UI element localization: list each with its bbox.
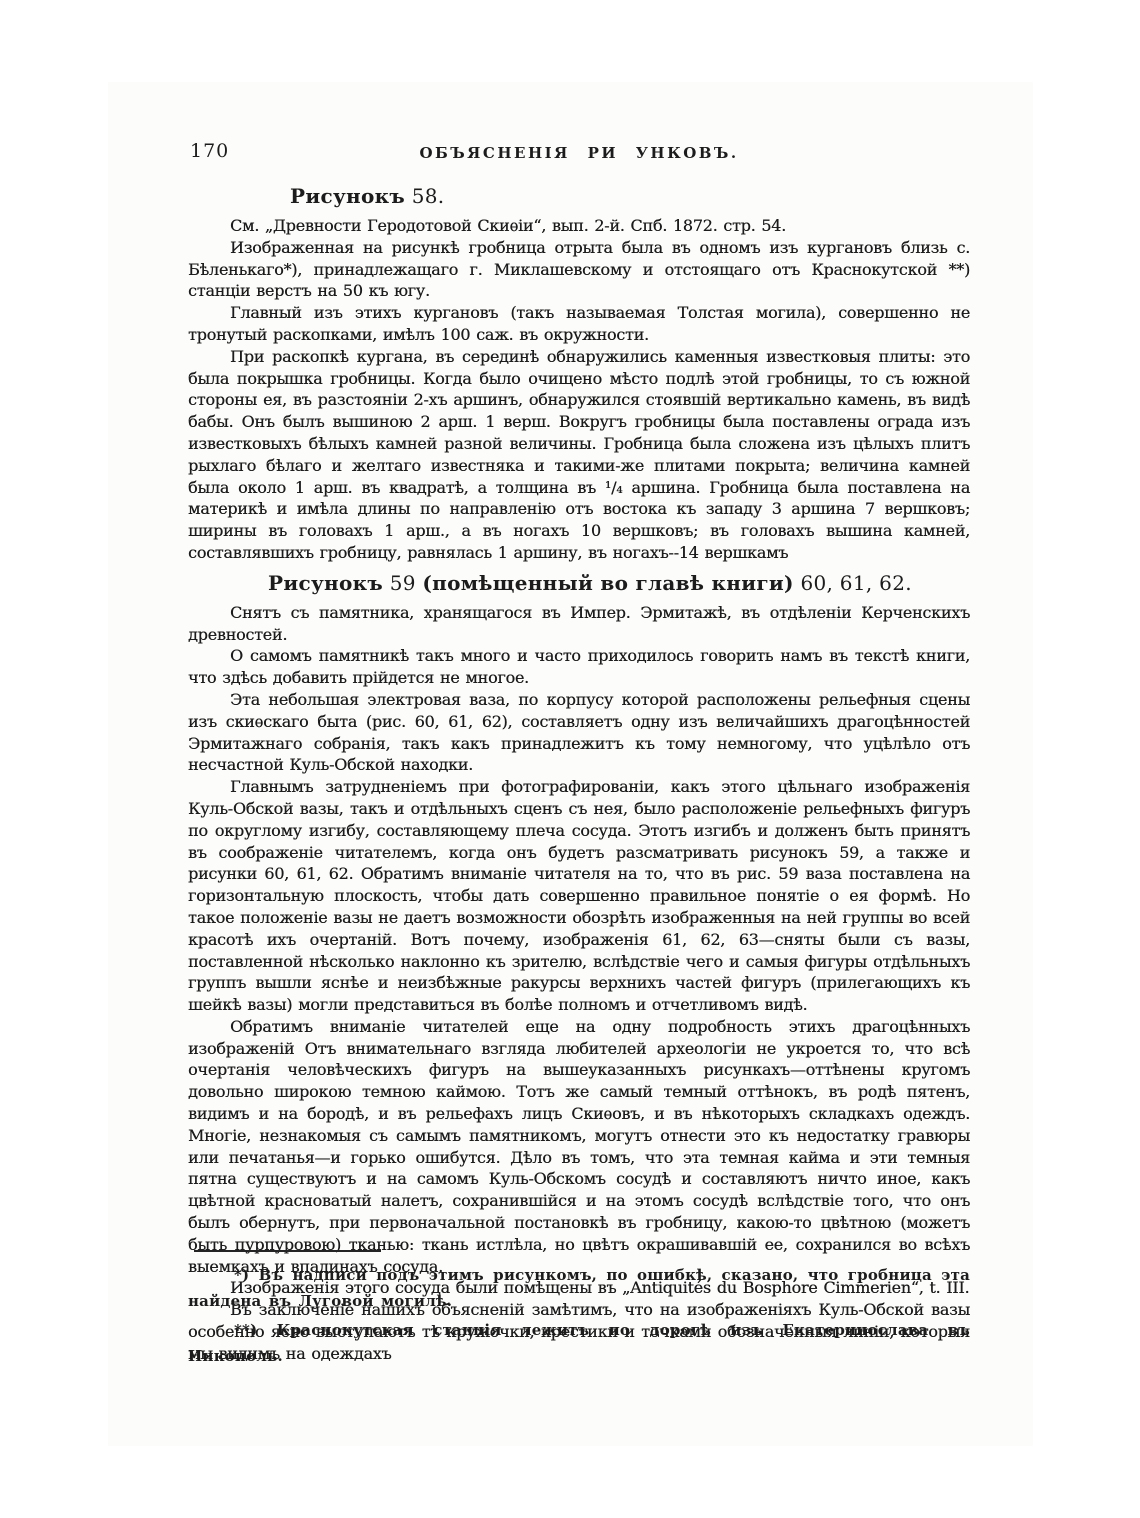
- paragraph-monument-source: Снятъ съ памятника, хранящагося въ Импер…: [188, 602, 970, 646]
- figure-58-heading-word: Рисунокъ: [290, 184, 405, 208]
- paragraph-monument-note: О самомъ памятникѣ такъ много и часто пр…: [188, 645, 970, 689]
- page-content: 170 ОБЪЯСНЕНІЯ РИ УНКОВЪ. Рисунокъ 58. С…: [188, 140, 970, 1365]
- paragraph-reference: См. „Древности Геродотовой Скиѳіи“, вып.…: [188, 215, 970, 237]
- figure-59-heading-parenthetical: (помѣщенный во главѣ книги): [422, 571, 793, 595]
- paragraph-main-kurgan: Главный изъ этихъ кургановъ (такъ называ…: [188, 302, 970, 346]
- figure-58-heading: Рисунокъ 58.: [290, 184, 970, 208]
- paragraph-tomb-location: Изображенная на рисункѣ гробница отрыта …: [188, 237, 970, 302]
- footnote-1: *) Въ надписи подъ этимъ рисункомъ, по о…: [188, 1262, 970, 1314]
- figure-58-heading-number: 58.: [405, 184, 444, 208]
- footnote-2: **) Краснокутская станція лежитъ по доро…: [188, 1317, 970, 1369]
- paragraph-dark-outline: Обратимъ вниманіе читателей еще на одну …: [188, 1016, 970, 1278]
- running-title: ОБЪЯСНЕНІЯ РИ УНКОВЪ.: [188, 144, 970, 162]
- paragraph-photography-difficulty: Главнымъ затрудненіемъ при фотографирова…: [188, 776, 970, 1016]
- figure-59-heading: Рисунокъ 59 (помѣщенный во главѣ книги) …: [268, 571, 970, 595]
- figure-59-heading-number: 59: [383, 571, 422, 595]
- figure-59-heading-numbers: 60, 61, 62.: [794, 571, 912, 595]
- footnote-separator: [194, 1250, 381, 1252]
- figure-59-heading-word: Рисунокъ: [268, 571, 383, 595]
- footnotes-block: *) Въ надписи подъ этимъ рисункомъ, по о…: [188, 1250, 970, 1372]
- paragraph-electrum-vase: Эта небольшая электровая ваза, по корпус…: [188, 689, 970, 776]
- page-header: 170 ОБЪЯСНЕНІЯ РИ УНКОВЪ.: [188, 140, 970, 170]
- paragraph-excavation-details: При раскопкѣ кургана, въ серединѣ обнару…: [188, 346, 970, 564]
